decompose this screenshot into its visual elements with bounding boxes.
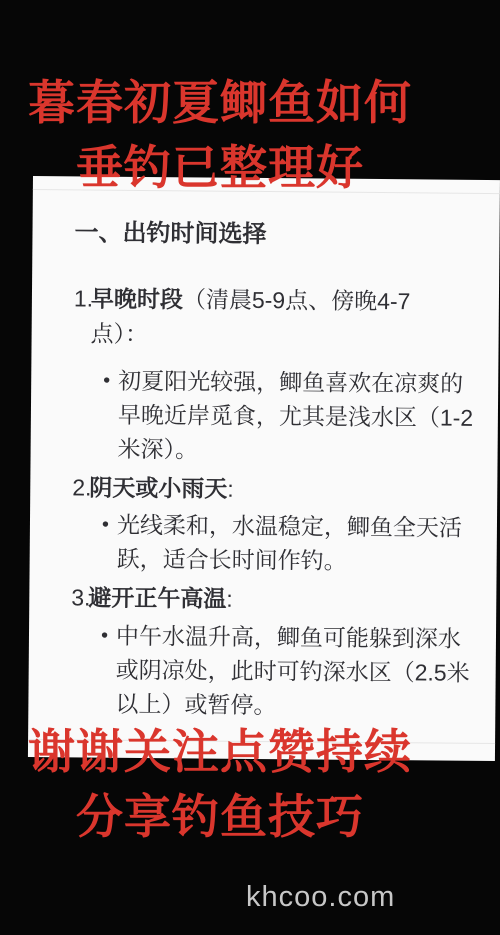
bottom-title-line-2: 分享钓鱼技巧 [0,784,440,849]
list-item-3-rest: : [226,586,233,612]
bullet-dot-icon: • [101,619,108,653]
bullet-2-line-1: 光线柔和，水温稳定，鲫鱼全天活 [117,508,495,545]
bullet-block-1: • 初夏阳光较强，鲫鱼喜欢在凉爽的 早晚近岸觅食，尤其是浅水区（1-2 米深）。 [31,363,498,367]
bullet-dot-icon: • [103,364,110,398]
list-item-1-title: 早晚时段 [91,286,183,313]
video-cover-page: { "colors": { "background": "#060606", "… [0,0,500,935]
list-item-2: 2. 阴天或小雨天: [30,470,497,474]
list-item-3-title: 避开正午高温 [88,584,226,611]
bullet-3-line-2: 或阴凉处，此时可钓深水区（2.5米 [116,653,494,690]
content-card: 一、出钓时间选择 1. 早晚时段（清晨5-9点、傍晚4-7点）： • 初夏阳光较… [28,176,500,761]
section-heading: 一、出钓时间选择 [74,218,266,250]
bullet-2-text: 光线柔和，水温稳定，鲫鱼全天活 跃，适合长时间作钓。 [117,508,496,579]
top-title-banner: 暮春初夏鲫鱼如何 垂钓已整理好 [0,70,440,200]
bullet-block-3: • 中午水温升高，鲫鱼可能躲到深水 或阴凉处，此时可钓深水区（2.5米 以上）或… [29,618,496,622]
list-item-2-text: 阴天或小雨天: [89,471,489,509]
top-title-line-1: 暮春初夏鲫鱼如何 [0,70,440,135]
bullet-1-text: 初夏阳光较强，鲫鱼喜欢在凉爽的 早晚近岸觅食，尤其是浅水区（1-2 米深）。 [117,364,496,469]
bullet-2-line-2: 跃，适合长时间作钓。 [117,542,495,579]
bullet-3-line-1: 中午水温升高，鲫鱼可能躲到深水 [116,619,494,656]
list-item-1: 1. 早晚时段（清晨5-9点、傍晚4-7点）： [32,281,499,285]
bullet-3-text: 中午水温升高，鲫鱼可能躲到深水 或阴凉处，此时可钓深水区（2.5米 以上）或暂停… [115,619,494,724]
list-item-1-wrap: 点）： [90,317,490,355]
list-item-1-text: 早晚时段（清晨5-9点、傍晚4-7点）： [90,282,491,355]
list-item-2-title: 阴天或小雨天 [89,475,227,502]
watermark-text: khcoo.com [246,881,395,914]
bottom-title-line-1: 谢谢关注点赞持续 [0,719,440,784]
bullet-1-line-3: 米深）。 [117,432,495,469]
list-item-3: 3. 避开正午高温: [29,580,496,584]
bullet-dot-icon: • [102,508,109,542]
list-item-1-rest: （清晨5-9点、傍晚4-7 [183,286,411,314]
bottom-title-banner: 谢谢关注点赞持续 分享钓鱼技巧 [0,719,440,849]
list-item-2-rest: : [227,476,234,502]
top-title-line-2: 垂钓已整理好 [0,135,440,200]
list-item-3-text: 避开正午高温: [88,580,488,618]
bullet-1-line-1: 初夏阳光较强，鲫鱼喜欢在凉爽的 [118,364,496,401]
bullet-1-line-2: 早晚近岸觅食，尤其是浅水区（1-2 [118,398,496,435]
